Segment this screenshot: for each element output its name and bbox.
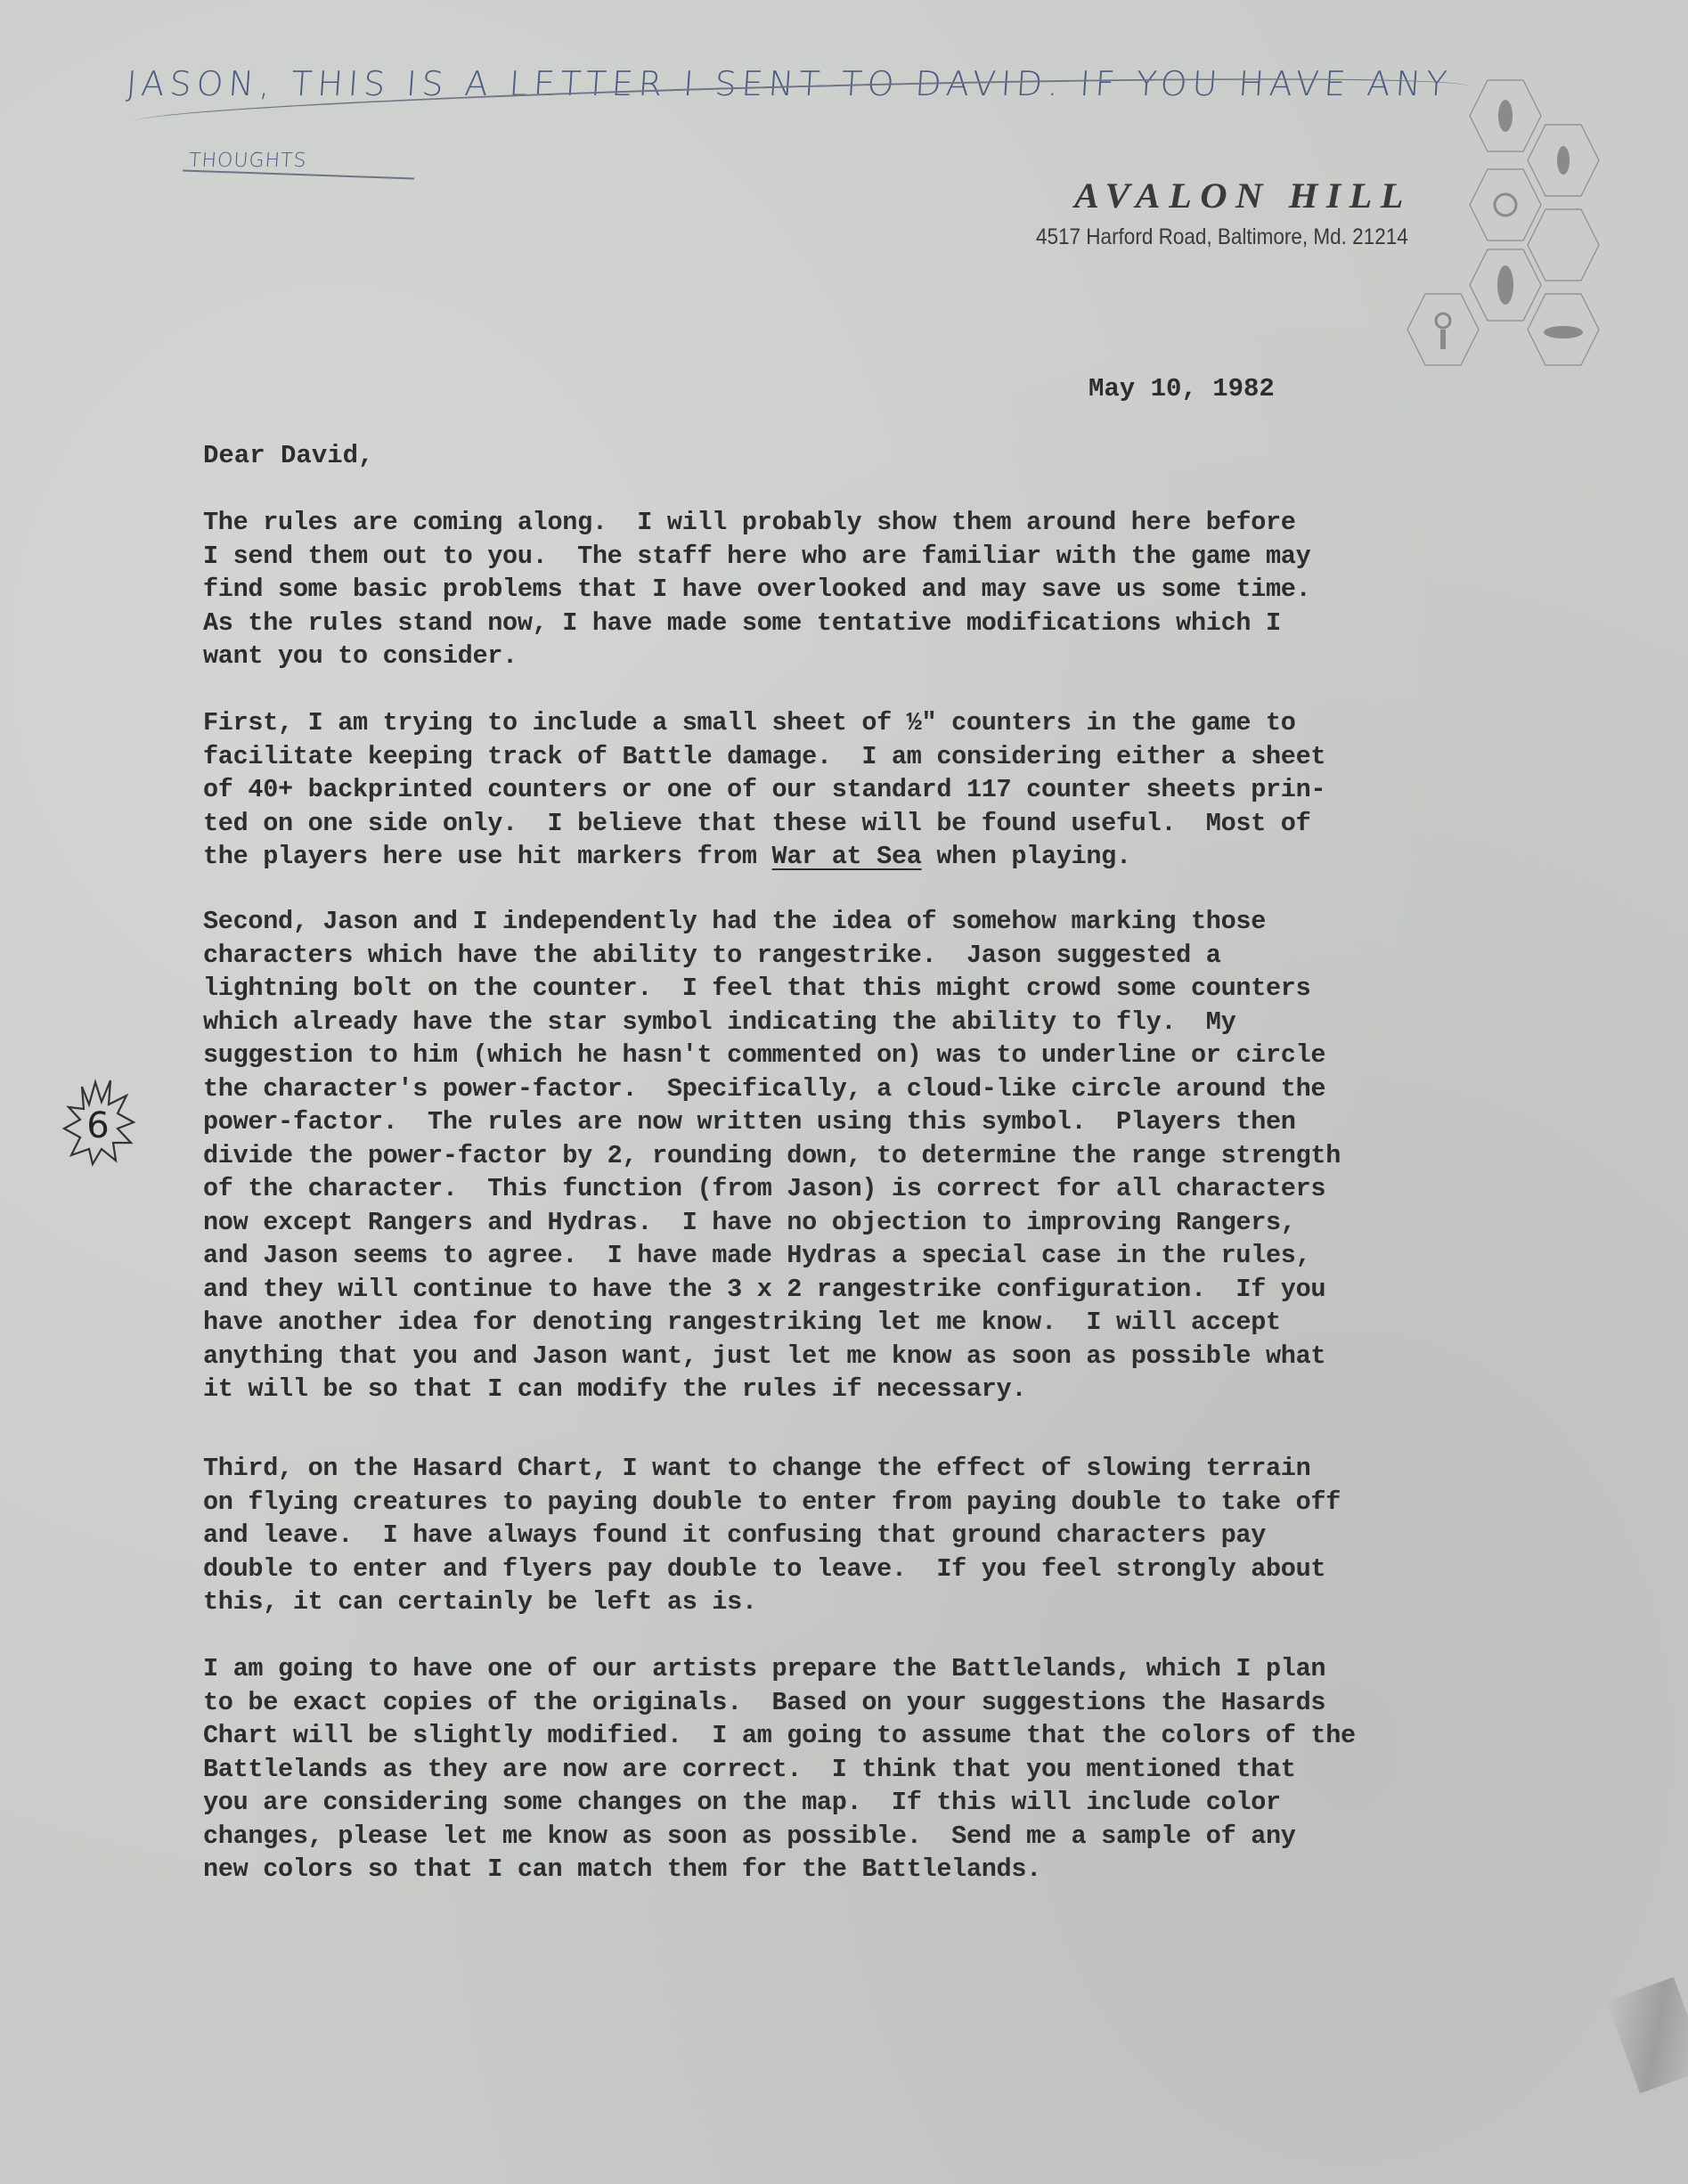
text-line: As the rules stand now, I have made some… (203, 607, 1521, 640)
text-line: the character's power-factor. Specifical… (203, 1072, 1521, 1106)
text-line: anything that you and Jason want, just l… (203, 1340, 1521, 1373)
text-line: characters which have the ability to ran… (203, 939, 1521, 973)
text-line: you are considering some changes on the … (203, 1786, 1521, 1820)
company-address: 4517 Harford Road, Baltimore, Md. 21214 (1036, 224, 1408, 250)
text-line: suggestion to him (which he hasn't comme… (203, 1039, 1521, 1072)
letter-page: Jason, this is a letter I sent to David.… (0, 0, 1688, 2184)
text-line: Battlelands as they are now are correct.… (203, 1753, 1521, 1787)
letter-date: May 10, 1982 (1089, 374, 1275, 403)
text-line: The rules are coming along. I will proba… (203, 506, 1521, 540)
text-line: the players here use hit markers from Wa… (203, 840, 1521, 874)
text-line: have another idea for denoting rangestri… (203, 1306, 1521, 1340)
starburst-icon: 6 (55, 1073, 144, 1171)
hex-empty-icon (1528, 209, 1599, 281)
game-title: War at Sea (772, 842, 922, 871)
hex-logo-icon (1399, 62, 1666, 383)
text-line: ted on one side only. I believe that the… (203, 807, 1521, 841)
salutation: Dear David, (203, 441, 373, 470)
text-line: Third, on the Hasard Chart, I want to ch… (203, 1452, 1521, 1486)
text-line: lightning bolt on the counter. I feel th… (203, 972, 1521, 1006)
text-line: power-factor. The rules are now written … (203, 1105, 1521, 1139)
paragraph-battlelands: I am going to have one of our artists pr… (203, 1652, 1521, 1887)
text-line: facilitate keeping track of Battle damag… (203, 740, 1521, 774)
text-line: to be exact copies of the originals. Bas… (203, 1686, 1521, 1720)
text-line: it will be so that I can modify the rule… (203, 1373, 1521, 1406)
paper-smudge (1607, 1977, 1688, 2094)
text-line: I am going to have one of our artists pr… (203, 1652, 1521, 1686)
text-line: and Jason seems to agree. I have made Hy… (203, 1239, 1521, 1273)
text-segment: when playing. (922, 842, 1131, 871)
handwritten-note-line2: thoughts (188, 150, 307, 172)
hex-creature-icon (1470, 169, 1541, 240)
text-line: Second, Jason and I independently had th… (203, 905, 1521, 939)
paragraph-intro: The rules are coming along. I will proba… (203, 506, 1521, 673)
text-line: which already have the star symbol indic… (203, 1006, 1521, 1039)
margin-number: 6 (86, 1105, 109, 1146)
paragraph-second: Second, Jason and I independently had th… (203, 905, 1521, 1406)
text-line: of 40+ backprinted counters or one of ou… (203, 773, 1521, 807)
text-line: now except Rangers and Hydras. I have no… (203, 1206, 1521, 1240)
text-line: new colors so that I can match them for … (203, 1853, 1521, 1887)
text-segment: the players here use hit markers from (203, 842, 772, 871)
text-line: this, it can certainly be left as is. (203, 1585, 1521, 1619)
text-line: divide the power-factor by 2, rounding d… (203, 1139, 1521, 1173)
company-name: AVALON HILL (1074, 175, 1412, 216)
text-line: of the character. This function (from Ja… (203, 1172, 1521, 1206)
paragraph-third: Third, on the Hasard Chart, I want to ch… (203, 1452, 1521, 1619)
text-line: Chart will be slightly modified. I am go… (203, 1719, 1521, 1753)
text-line: I send them out to you. The staff here w… (203, 540, 1521, 574)
text-line: First, I am trying to include a small sh… (203, 706, 1521, 740)
paragraph-first: First, I am trying to include a small sh… (203, 706, 1521, 874)
text-line: and they will continue to have the 3 x 2… (203, 1273, 1521, 1307)
text-line: and leave. I have always found it confus… (203, 1519, 1521, 1552)
text-line: changes, please let me know as soon as p… (203, 1820, 1521, 1854)
text-line: want you to consider. (203, 640, 1521, 673)
text-line: double to enter and flyers pay double to… (203, 1552, 1521, 1586)
text-line: on flying creatures to paying double to … (203, 1486, 1521, 1520)
text-line: find some basic problems that I have ove… (203, 573, 1521, 607)
